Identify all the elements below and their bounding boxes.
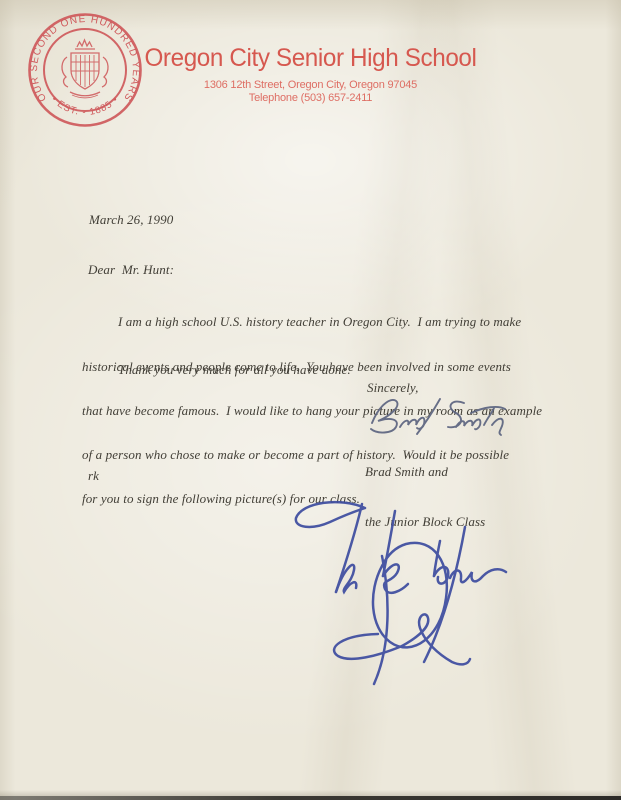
typist-initials: rk (88, 468, 99, 484)
letterhead: Oregon City Senior High School 1306 12th… (0, 44, 621, 105)
thank-you-autograph (278, 496, 568, 711)
signed-by-line: Brad Smith and (365, 464, 485, 480)
salutation: Dear Mr. Hunt: (88, 262, 174, 278)
autograph-ink-icon (278, 496, 568, 711)
scan-edge (0, 796, 621, 800)
school-address: 1306 12th Street, Oregon City, Oregon 97… (0, 79, 621, 92)
scanned-letter-page: OUR SECOND ONE HUNDRED YEARS • EST. - 18… (0, 0, 621, 800)
school-telephone: Telephone (503) 657-2411 (0, 92, 621, 105)
body-paragraph-2: Thank you very much for all you have don… (118, 362, 351, 378)
body-line: of a person who chose to make or become … (82, 448, 582, 463)
body-line: I am a high school U.S. history teacher … (82, 315, 582, 330)
letter-date: March 26, 1990 (89, 212, 173, 228)
school-name: Oregon City Senior High School (9, 44, 611, 73)
